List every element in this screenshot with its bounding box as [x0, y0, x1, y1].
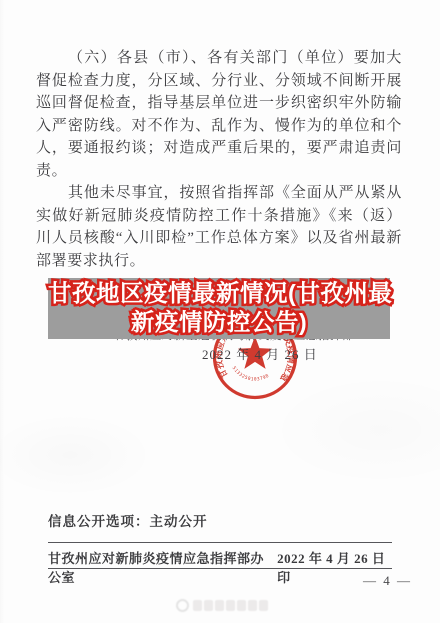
info-disclosure-line: 信息公开选项：主动公开 [48, 510, 208, 530]
page-number: — 4 — [363, 573, 412, 589]
footer-rule-top [48, 542, 392, 543]
signature-date: 2022 年 4 月 26 日 [202, 344, 318, 363]
scanned-document-page: （六）各县（市）、各有关部门（单位）要加大督促检查力度，分区域、分行业、分领域不… [0, 0, 440, 623]
overlay-title-band: 甘孜地区疫情最新情况(甘孜州最 新疫情防控公告) 甘孜地区疫情最新情况(甘孜州最… [48, 278, 390, 339]
title-line: 甘孜地区疫情最新情况(甘孜州最 [48, 279, 390, 308]
footer-office: 甘孜州应对新肺炎疫情应急指挥部办公室 [48, 548, 277, 586]
footer-rule-bottom [48, 568, 392, 569]
watermark-text [193, 600, 268, 611]
paragraph: 其他未尽事宜，按照省指挥部《全面从严从紧从实做好新冠肺炎疫情防控工作十条措施》《… [36, 182, 402, 272]
watermark-logo-icon [176, 599, 189, 612]
title-line: 新疫情防控公告) [48, 308, 390, 337]
paragraph: （六）各县（市）、各有关部门（单位）要加大督促检查力度，分区域、分行业、分领域不… [36, 47, 402, 182]
overlay-title: 甘孜地区疫情最新情况(甘孜州最 新疫情防控公告) [48, 279, 390, 337]
footer-imprint-line: 甘孜州应对新肺炎疫情应急指挥部办公室 2022 年 4 月 26 日印 [48, 548, 392, 586]
watermark [176, 596, 268, 614]
document-body: （六）各县（市）、各有关部门（单位）要加大督促检查力度，分区域、分行业、分领域不… [36, 47, 402, 272]
